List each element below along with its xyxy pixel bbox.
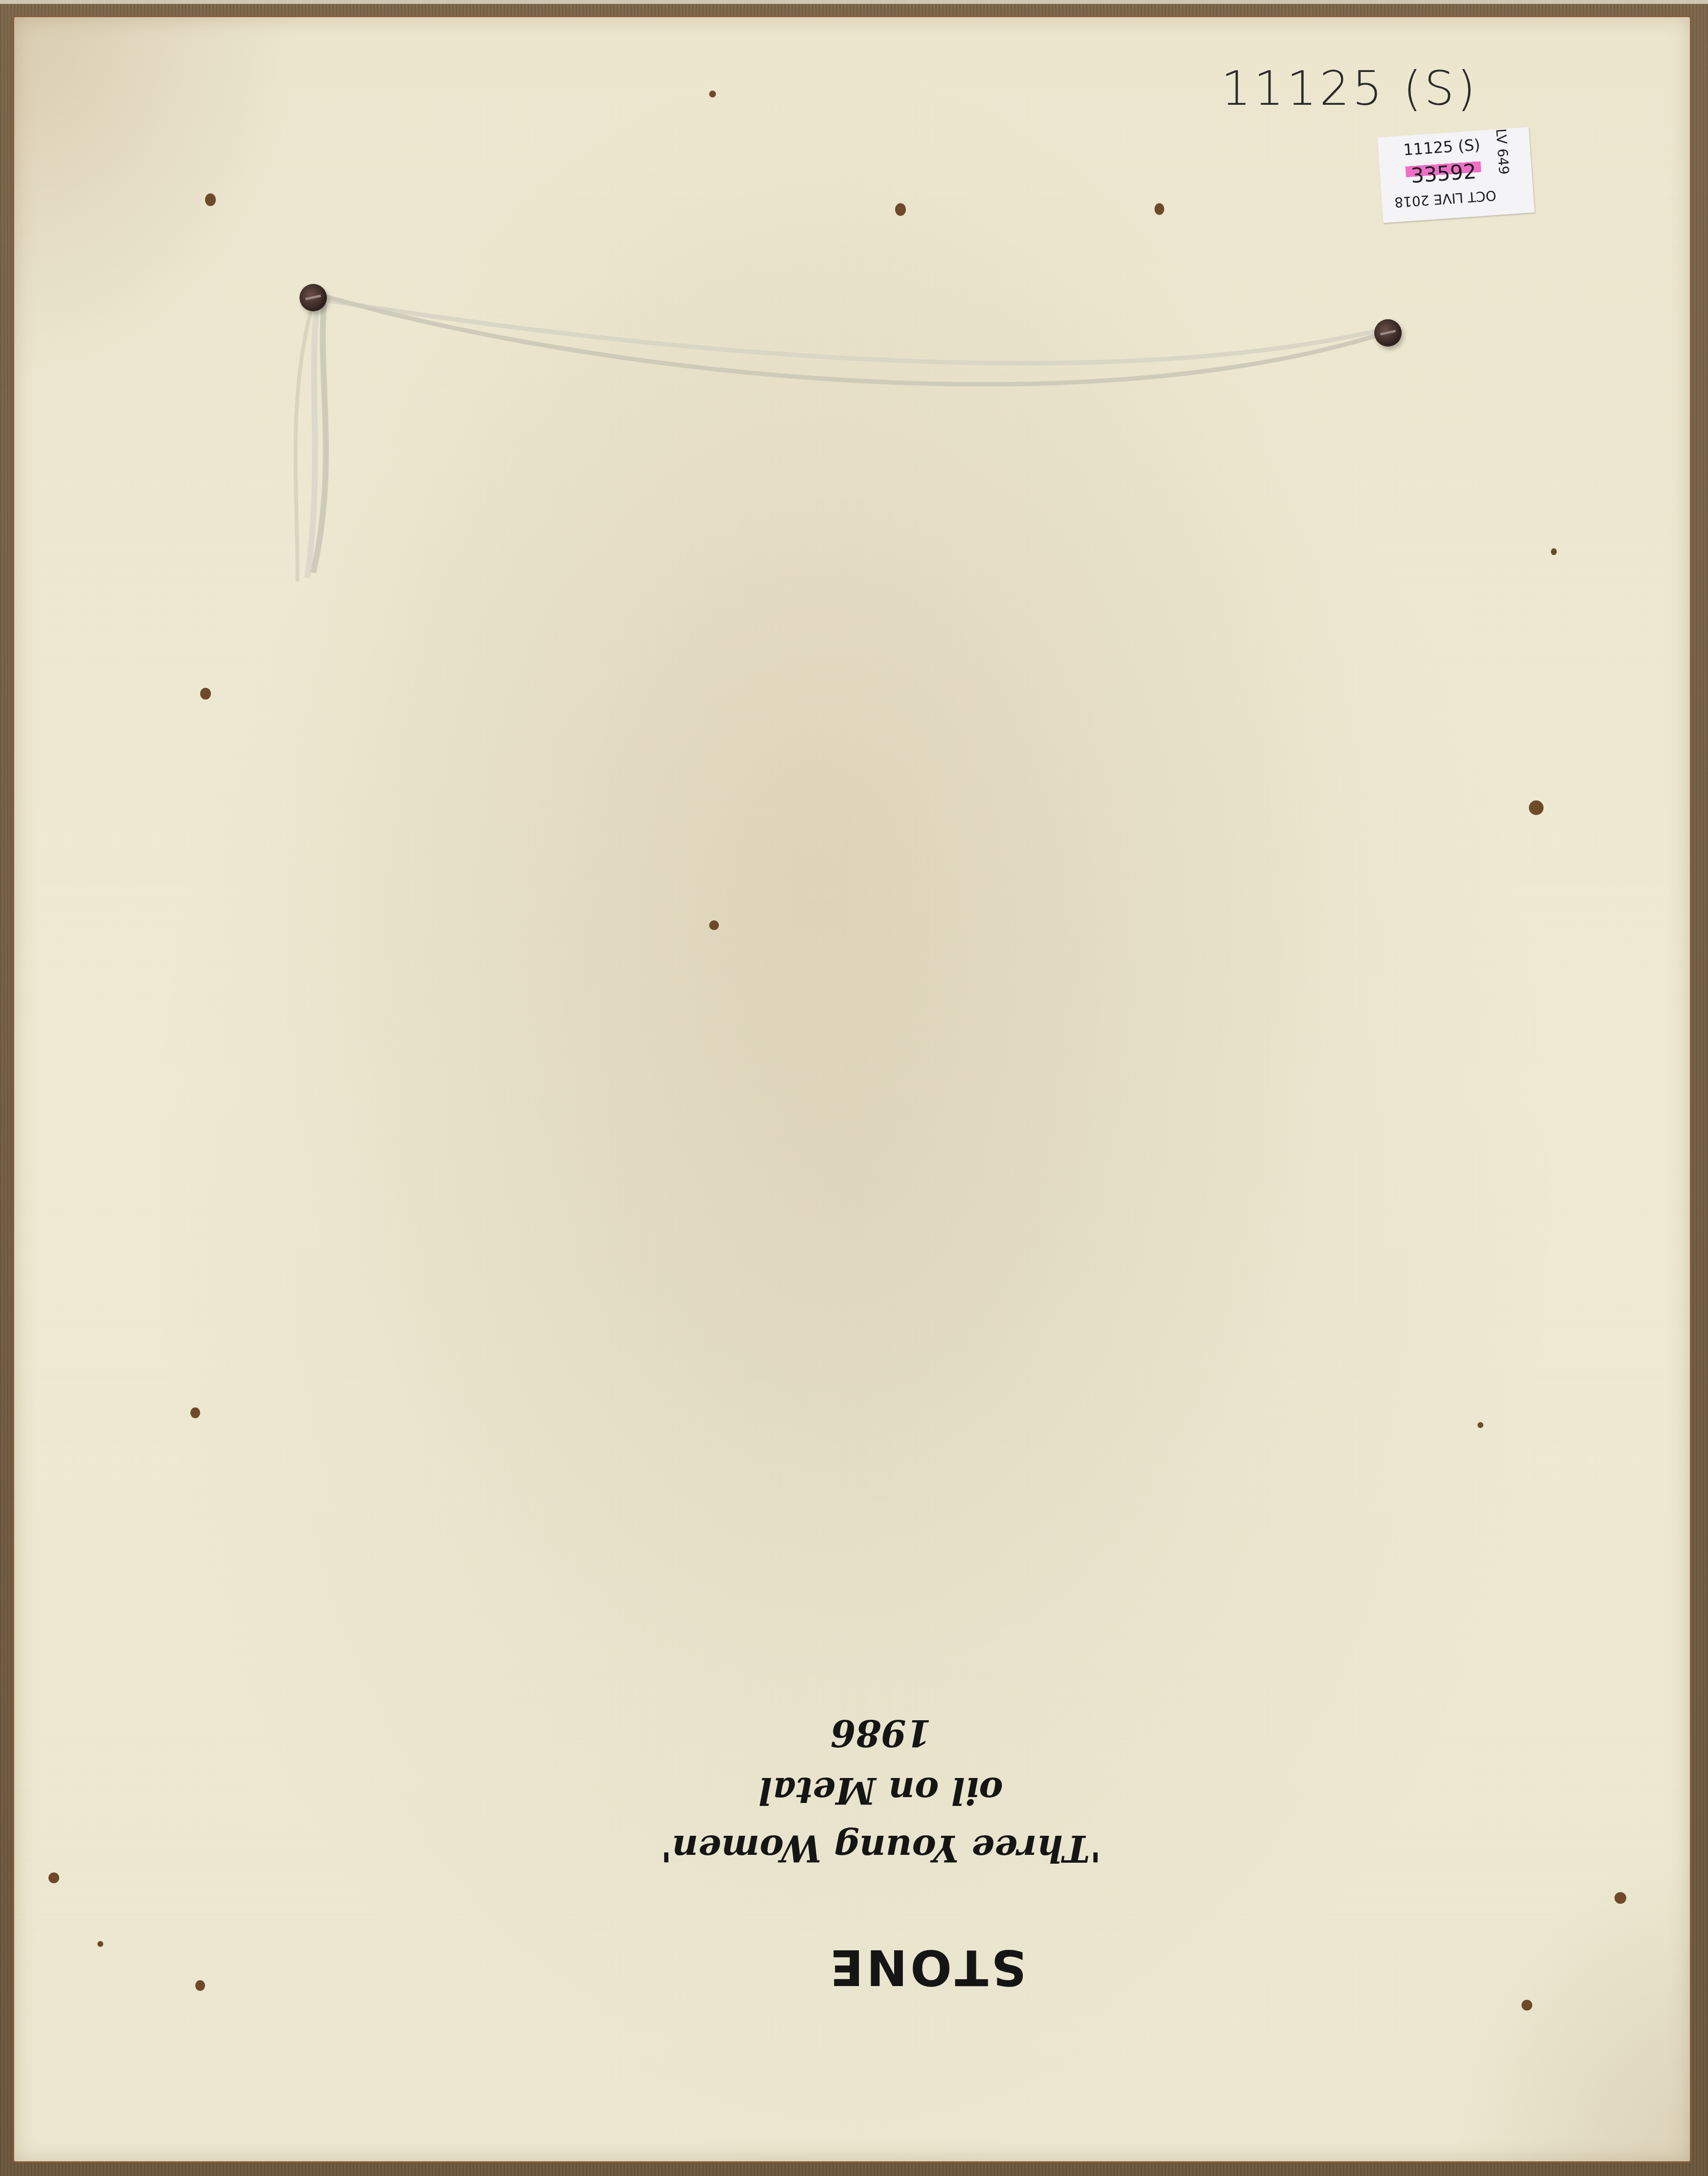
hanging-screw-right-icon: [1374, 319, 1402, 347]
picture-frame: 11125 (S) 11125 (S) 33592 OCT LIVE 2018 …: [0, 0, 1708, 2176]
inscription-year: 1986: [636, 1704, 1126, 1761]
inscription-title: 'Three Young Women': [636, 1819, 1126, 1877]
painting-inscription: 'Three Young Women' oil on Metal 1986: [636, 1704, 1126, 1877]
artist-signature: STONE: [827, 1939, 1026, 1996]
inscription-medium: oil on Metal: [636, 1761, 1126, 1819]
hanging-screw-left-icon: [300, 284, 327, 311]
